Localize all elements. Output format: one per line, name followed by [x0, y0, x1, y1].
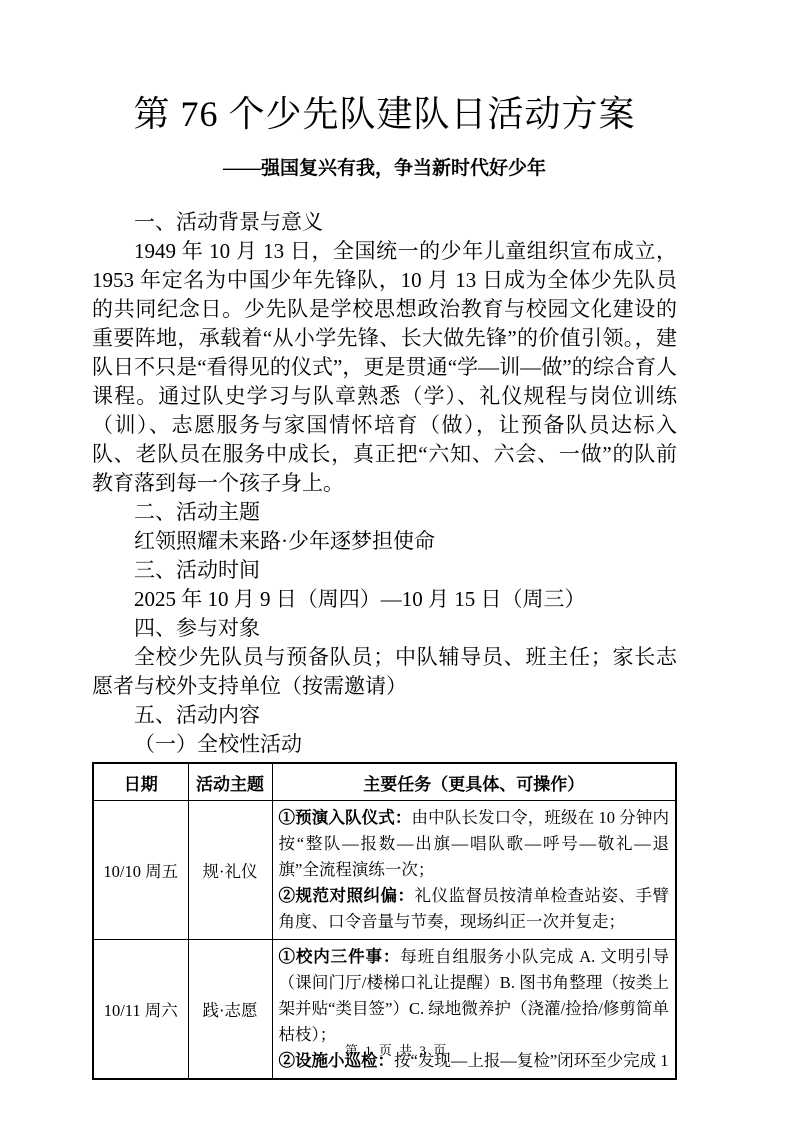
page-title: 第 76 个少先队建队日活动方案	[92, 88, 677, 140]
task-lead: ①校内三件事：	[279, 947, 401, 966]
task-item: ①预演入队仪式：由中队长发口令，班级在 10 分钟内按“整队—报数—出旗—唱队歌…	[279, 805, 670, 883]
section-body-theme: 红领照耀未来路·少年逐梦担使命	[92, 527, 677, 556]
table-header-date: 日期	[93, 763, 188, 801]
table-header-row: 日期 活动主题 主要任务（更具体、可操作）	[93, 763, 676, 801]
section-body-background: 1949 年 10 月 13 日，全国统一的少年儿童组织宣布成立，1953 年定…	[92, 237, 677, 498]
section-heading-participants: 四、参与对象	[92, 614, 677, 643]
cell-date: 10/10 周五	[93, 801, 188, 940]
document-page: 第 76 个少先队建队日活动方案 ——强国复兴有我，争当新时代好少年 一、活动背…	[0, 0, 793, 1122]
section-body-participants: 全校少先队员与预备队员；中队辅导员、班主任；家长志愿者与校外支持单位（按需邀请）	[92, 643, 677, 701]
cell-tasks: ①预演入队仪式：由中队长发口令，班级在 10 分钟内按“整队—报数—出旗—唱队歌…	[272, 801, 676, 940]
subsection-heading-schoolwide: （一）全校性活动	[92, 730, 677, 759]
page-footer: 第 1 页 共 3 页	[0, 1040, 793, 1059]
task-lead: ②规范对照纠偏：	[279, 886, 415, 905]
document-body: 一、活动背景与意义 1949 年 10 月 13 日，全国统一的少年儿童组织宣布…	[92, 208, 677, 1080]
table-header-theme: 活动主题	[188, 763, 272, 801]
page-subtitle: ——强国复兴有我，争当新时代好少年	[92, 154, 677, 184]
task-item: ①校内三件事：每班自组服务小队完成 A. 文明引导（课间门厅/楼梯口礼让提醒）B…	[279, 944, 670, 1048]
task-lead: ①预演入队仪式：	[279, 808, 412, 827]
cell-theme: 规·礼仪	[188, 801, 272, 940]
section-body-time: 2025 年 10 月 9 日（周四）—10 月 15 日（周三）	[92, 585, 677, 614]
task-item: ②规范对照纠偏：礼仪监督员按清单检查站姿、手臂角度、口令音量与节奏，现场纠正一次…	[279, 883, 670, 935]
table-row: 10/10 周五 规·礼仪 ①预演入队仪式：由中队长发口令，班级在 10 分钟内…	[93, 801, 676, 940]
section-heading-content: 五、活动内容	[92, 701, 677, 730]
section-heading-theme: 二、活动主题	[92, 498, 677, 527]
schedule-table: 日期 活动主题 主要任务（更具体、可操作） 10/10 周五 规·礼仪 ①预演入…	[92, 762, 677, 1080]
section-heading-background: 一、活动背景与意义	[92, 208, 677, 237]
section-heading-time: 三、活动时间	[92, 556, 677, 585]
table-header-tasks: 主要任务（更具体、可操作）	[272, 763, 676, 801]
